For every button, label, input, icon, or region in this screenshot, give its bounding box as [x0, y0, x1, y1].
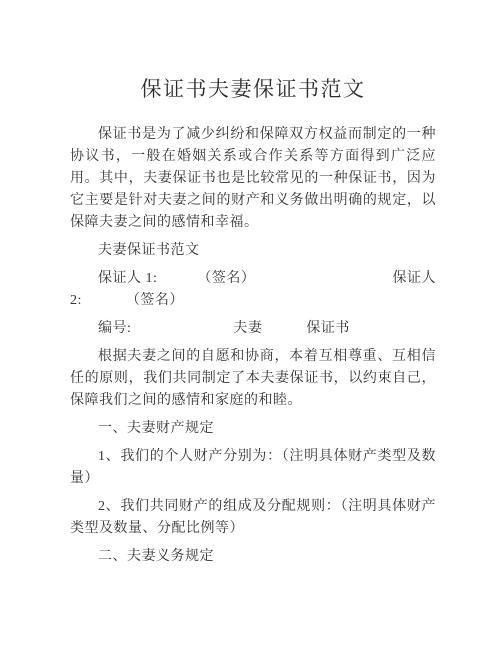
section-1-item-2: 2、我们共同财产的组成及分配规则：（注明具体财产类型及数量、分配比例等）	[70, 496, 436, 540]
guarantor-2-prefix: 保证人	[393, 268, 437, 290]
section-2-heading: 二、夫妻义务规定	[70, 546, 436, 568]
intro-paragraph: 保证书是为了减少纠纷和保障双方权益而制定的一种协议书，一般在婚姻关系或合作关系等…	[70, 124, 436, 234]
serial-suffix-text: 保证书	[306, 321, 350, 336]
document-page: 保证书夫妻保证书范文 保证书是为了减少纠纷和保障双方权益而制定的一种协议书，一般…	[0, 0, 500, 647]
basis-paragraph: 根据夫妻之间的自愿和协商，本着互相尊重、互相信任的原则，我们共同制定了本夫妻保证…	[70, 346, 436, 412]
section-1-item-1: 1、我们的个人财产分别为：（注明具体财产类型及数量）	[70, 446, 436, 490]
document-title: 保证书夫妻保证书范文	[70, 74, 436, 104]
guarantor-1-label: 保证人 1:	[98, 268, 157, 290]
guarantor-line-2: 2: （签名）	[70, 290, 436, 312]
serial-label: 编号:	[98, 321, 131, 336]
guarantor-line-1: 保证人 1: （签名） 保证人	[70, 268, 436, 290]
signature-placeholder-2: （签名）	[126, 293, 184, 308]
guarantor-2-number: 2:	[70, 293, 82, 308]
document-body: 保证书夫妻保证书范文 保证书是为了减少纠纷和保障双方权益而制定的一种协议书，一般…	[0, 0, 500, 568]
section-1-heading: 一、夫妻财产规定	[70, 418, 436, 440]
template-subheading: 夫妻保证书范文	[70, 240, 436, 262]
serial-number-line: 编号: 夫妻 保证书	[70, 318, 436, 340]
serial-middle-text: 夫妻	[233, 321, 262, 336]
signature-placeholder-1: （签名）	[197, 268, 255, 290]
